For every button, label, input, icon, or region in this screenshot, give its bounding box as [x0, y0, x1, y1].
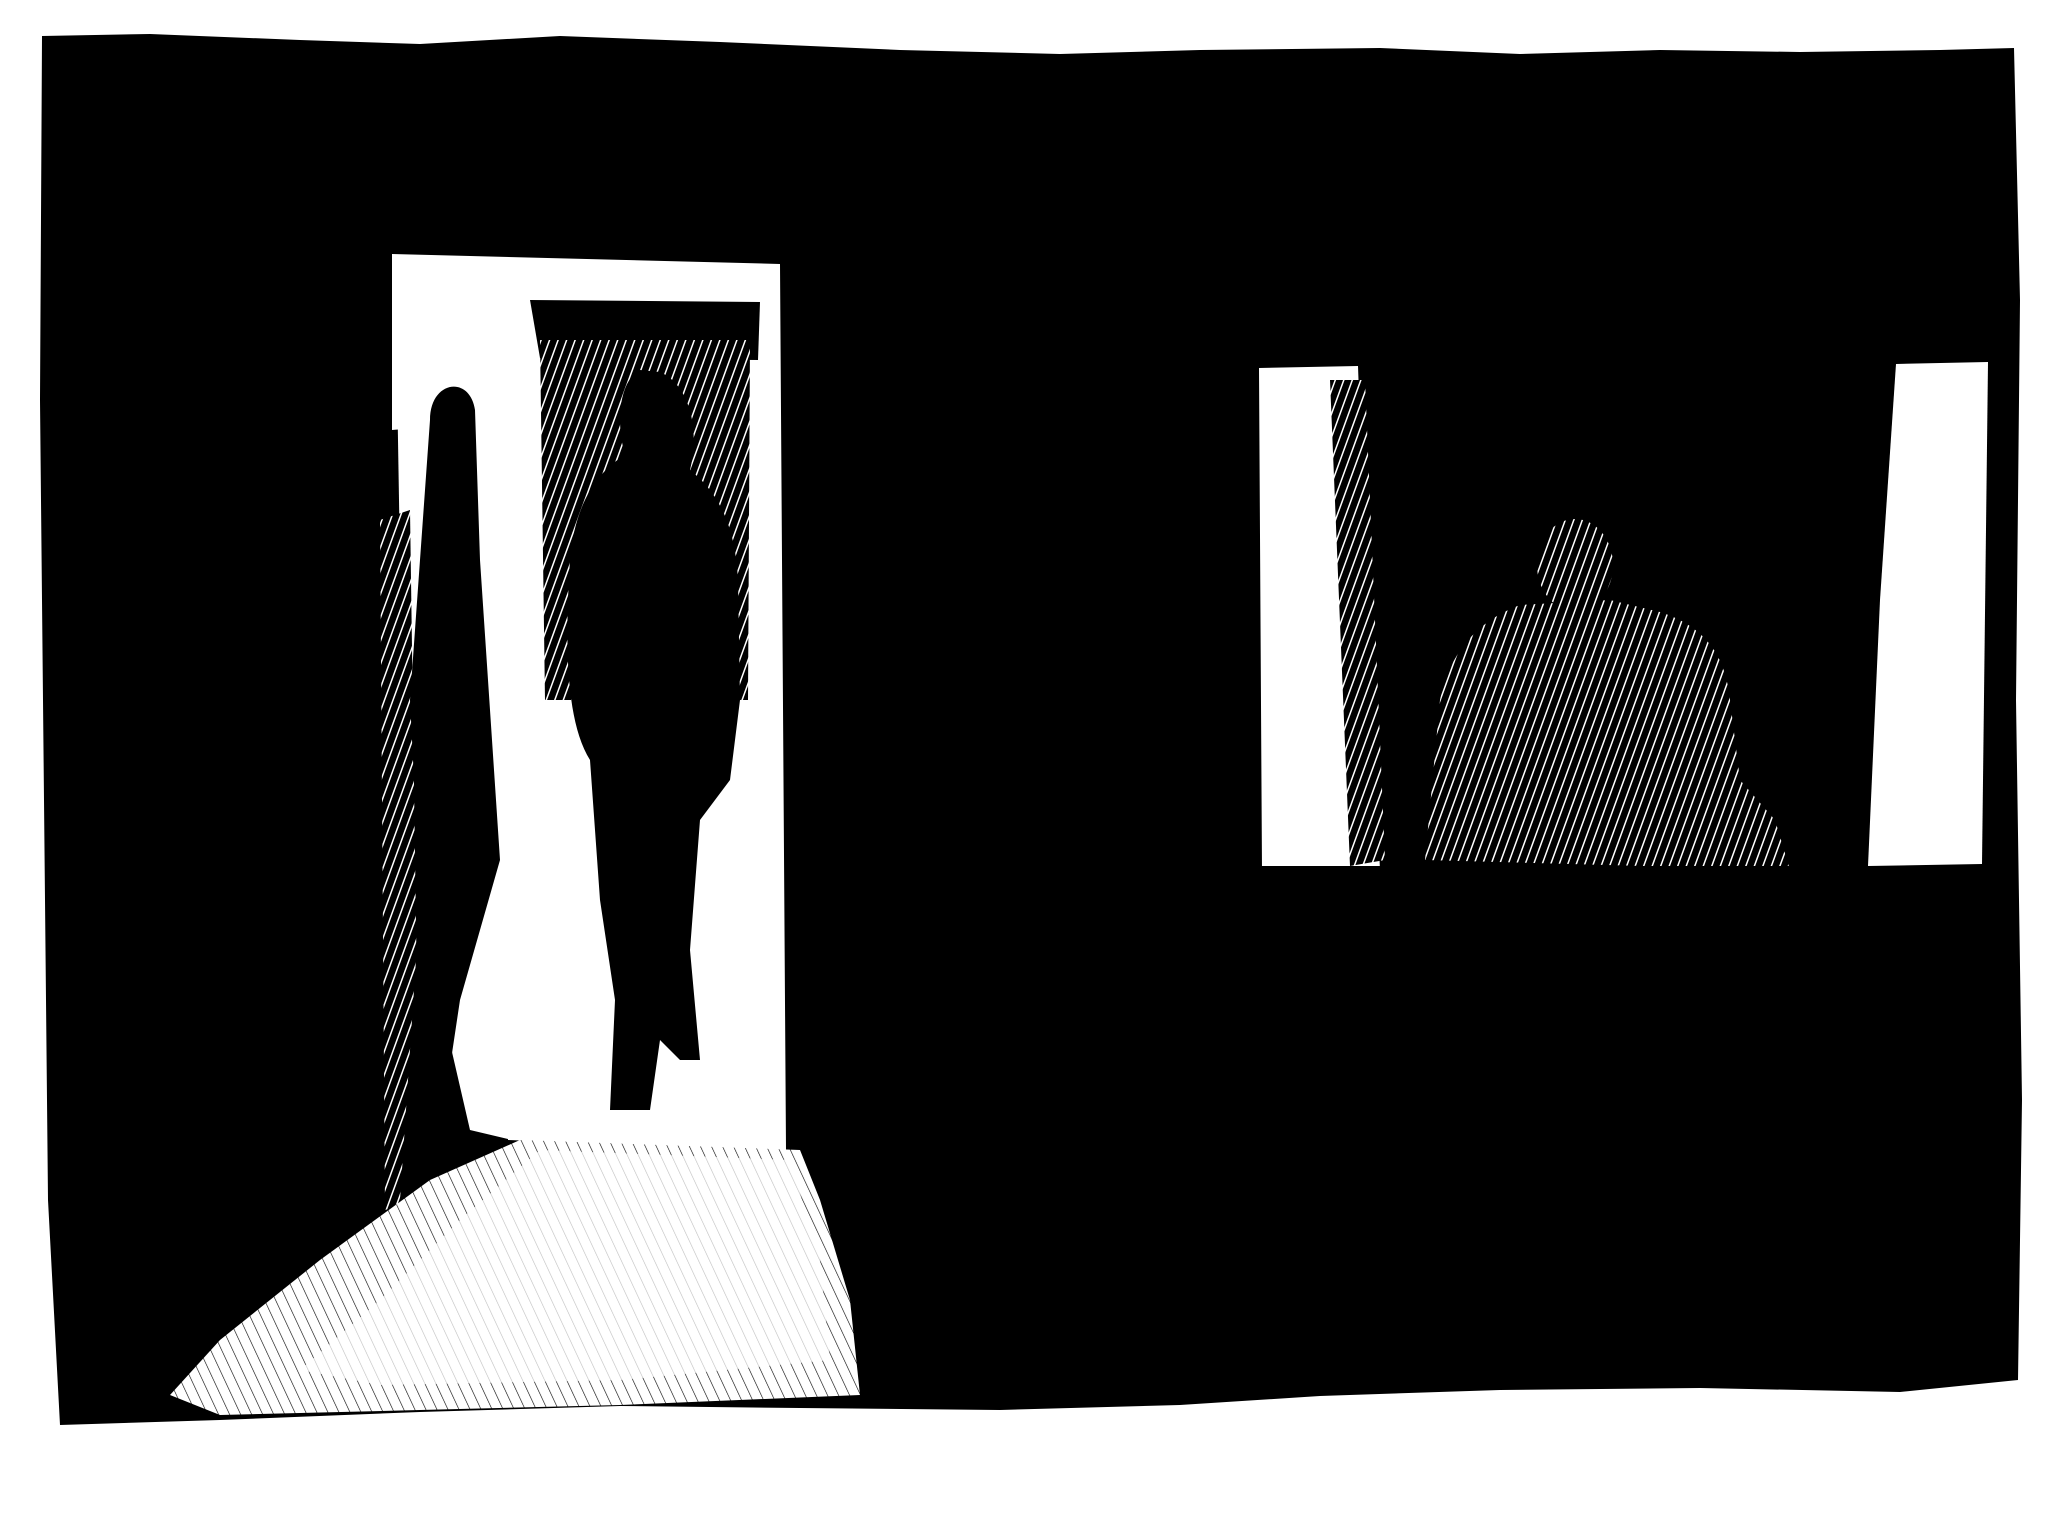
- window-sill: [1250, 866, 2010, 886]
- ink-illustration: [0, 0, 2053, 1527]
